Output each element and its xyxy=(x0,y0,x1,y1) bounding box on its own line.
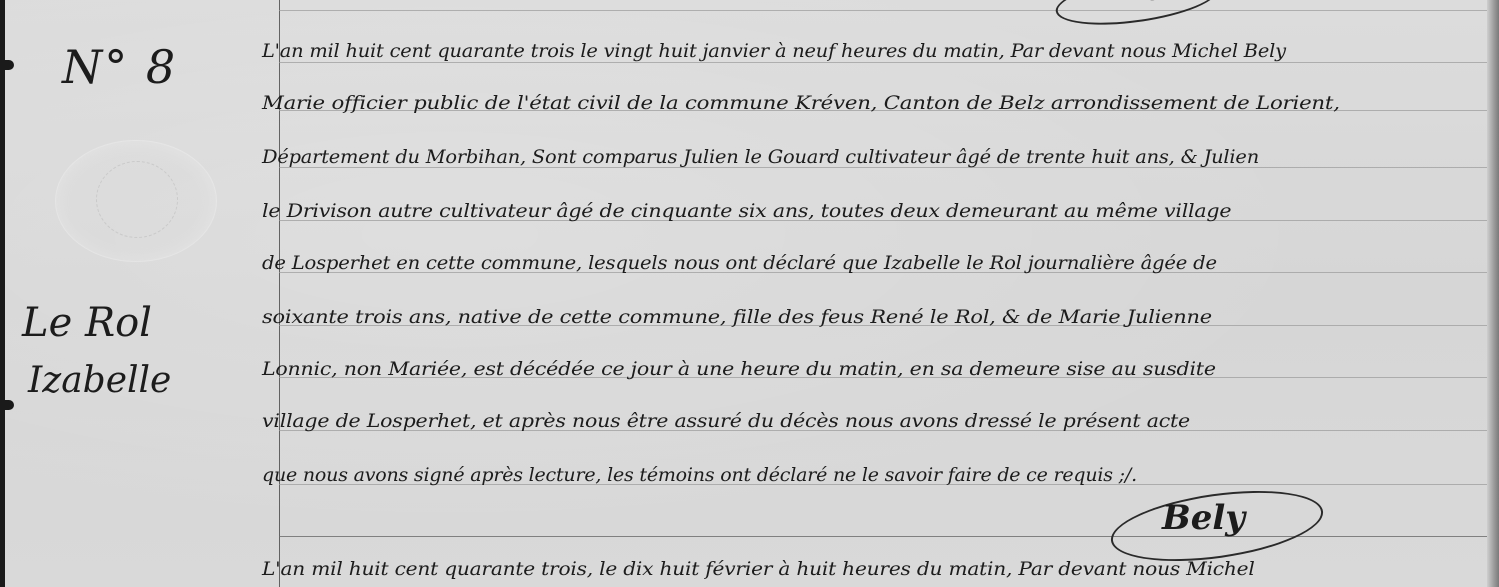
act-line-7: Lonnic, non Mariée, est décédée ce jour … xyxy=(262,358,1216,380)
register-page: Bely N° 8 Le Rol Izabelle L'an mil huit … xyxy=(0,0,1499,587)
act-line-9: que nous avons signé après lecture, les … xyxy=(262,464,1137,486)
act-line-8: village de Losperhet, et après nous être… xyxy=(262,410,1190,432)
act-line-4: le Drivison autre cultivateur âgé de cin… xyxy=(262,200,1231,222)
act-line-6: soixante trois ans, native de cette comm… xyxy=(262,306,1212,328)
act-line-2: Marie officier public de l'état civil de… xyxy=(262,92,1340,114)
ruled-line xyxy=(279,62,1487,63)
margin-rule xyxy=(279,0,280,587)
embossed-seal xyxy=(55,140,217,262)
act-line-5: de Losperhet en cette commune, lesquels … xyxy=(262,252,1217,274)
previous-entry-signature: Bely xyxy=(1055,0,1225,28)
binding-nub xyxy=(0,60,14,70)
signature-text: Bely xyxy=(1105,0,1164,1)
binding-edge xyxy=(0,0,5,587)
signature-paraph xyxy=(1053,0,1222,33)
act-line-1: L'an mil huit cent quarante trois le vin… xyxy=(262,40,1286,62)
margin-given-name: Izabelle xyxy=(28,360,171,401)
entry-number: N° 8 xyxy=(62,40,177,94)
officer-signature: Bely xyxy=(1100,488,1330,563)
act-line-3: Département du Morbihan, Sont comparus J… xyxy=(262,146,1259,168)
ruled-line xyxy=(279,10,1487,11)
next-entry-line-1: L'an mil huit cent quarante trois, le di… xyxy=(262,558,1255,580)
signature-text: Bely xyxy=(1162,498,1245,538)
page-right-edge xyxy=(1487,0,1499,587)
binding-nub xyxy=(0,400,14,410)
margin-surname: Le Rol xyxy=(22,300,152,346)
